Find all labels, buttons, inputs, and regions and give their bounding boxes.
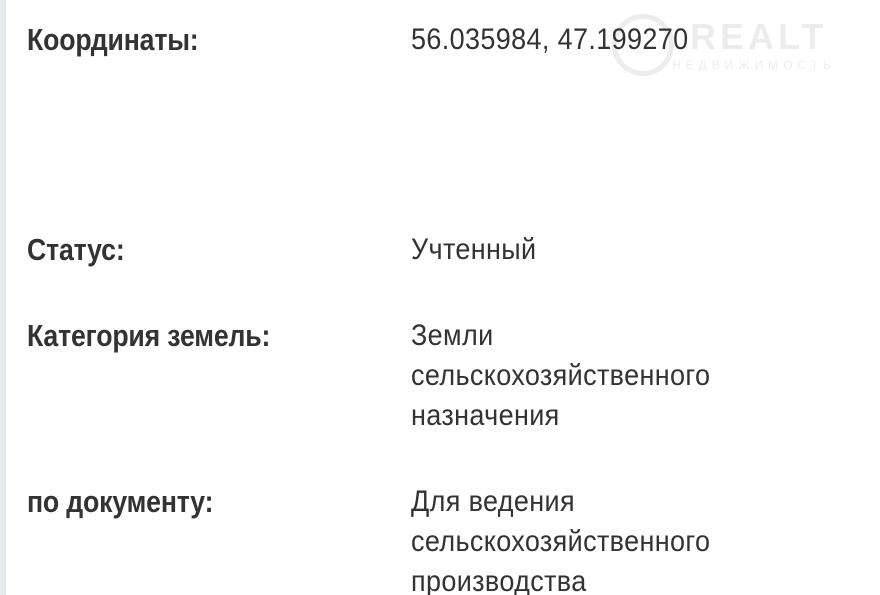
status-value: Учтенный (411, 230, 536, 270)
field-label-land-category: Категория земель: (27, 318, 270, 354)
land-category-line-3: назначения (411, 396, 710, 436)
field-value-by-document: Для ведения сельскохозяйственного произв… (411, 482, 710, 595)
left-border-rail (0, 0, 6, 595)
watermark-title: REALT (690, 16, 827, 58)
coordinates-value[interactable]: 56.035984, 47.199270 (411, 20, 688, 60)
field-label-status: Статус: (27, 232, 125, 268)
by-document-line-3: производства (411, 562, 710, 595)
land-category-line-2: сельскохозяйственного (411, 356, 710, 396)
land-category-line-1: Земли (411, 316, 710, 356)
field-value-land-category: Земли сельскохозяйственного назначения (411, 316, 710, 436)
field-label-coordinates: Координаты: (27, 22, 199, 58)
by-document-line-2: сельскохозяйственного (411, 522, 710, 562)
by-document-line-1: Для ведения (411, 482, 710, 522)
field-value-coordinates[interactable]: 56.035984, 47.199270 (411, 20, 688, 60)
field-label-by-document: по документу: (27, 484, 213, 520)
field-value-status: Учтенный (411, 230, 536, 270)
watermark-subtitle: НЕДВИЖИМОСТЬ (672, 58, 836, 72)
